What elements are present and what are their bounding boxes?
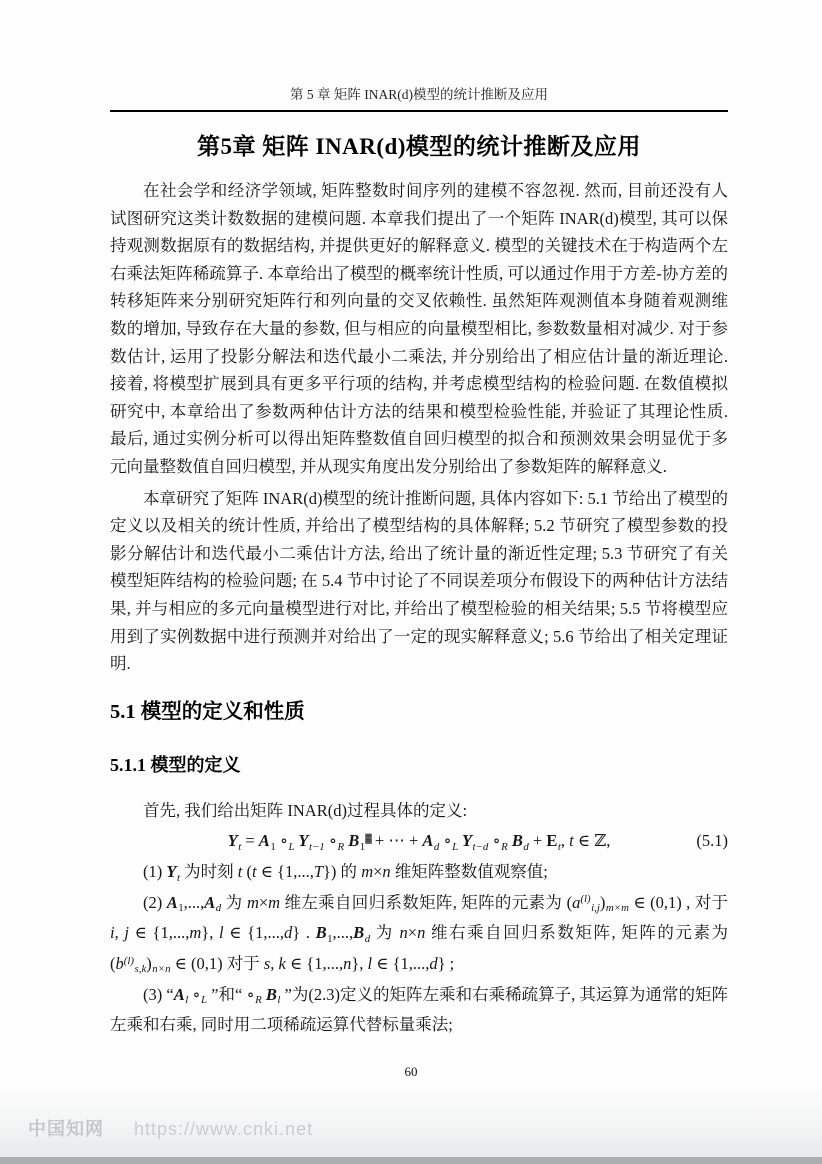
cnki-logo-text: 中国知网 [28,1119,104,1139]
equation-number: (5.1) [696,826,728,856]
subsection-heading-5-1-1: 5.1.1 模型的定义 [110,751,728,777]
equation-body: Yt = A1 ∘L Yt−1 ∘R B1▓ + ⋯ + Ad ∘L Yt−d … [228,831,611,850]
abstract-paragraph: 在社会学和经济学领域, 矩阵整数时间序列的建模不容忽视. 然而, 目前还没有人试… [110,177,728,481]
header-rule [110,110,728,112]
document-page: 第 5 章 矩阵 INAR(d)模型的统计推断及应用 第5章 矩阵 INAR(d… [0,0,822,1164]
definition-item-2: (2) A1,...,Ad 为 m×m 维左乘自回归系数矩阵, 矩阵的元素为 (… [110,889,728,981]
chapter-title: 第5章 矩阵 INAR(d)模型的统计推断及应用 [110,128,728,161]
definition-intro-line: 首先, 我们给出矩阵 INAR(d)过程具体的定义: [110,797,728,825]
running-header: 第 5 章 矩阵 INAR(d)模型的统计推断及应用 [110,86,728,104]
bottom-edge-bar [0,1157,822,1164]
text-column: 第 5 章 矩阵 INAR(d)模型的统计推断及应用 第5章 矩阵 INAR(d… [110,0,728,1039]
cnki-url-text: https://www.cnki.net [134,1119,313,1139]
chapter-outline-paragraph: 本章研究了矩阵 INAR(d)模型的统计推断问题, 具体内容如下: 5.1 节给… [110,485,728,678]
page-number: 60 [0,1064,822,1080]
equation-5-1: Yt = A1 ∘L Yt−1 ∘R B1▓ + ⋯ + Ad ∘L Yt−d … [110,826,728,858]
definition-item-1: (1) Yt 为时刻 t (t ∈ {1,...,T}) 的 m×n 维矩阵整数… [110,858,728,889]
cnki-watermark: 中国知网 https://www.cnki.net [28,1115,313,1141]
definition-item-3: (3) “Al ∘L ”和“ ∘R Bl ”为(2.3)定义的矩阵左乘和右乘稀疏… [110,981,728,1039]
section-heading-5-1: 5.1 模型的定义和性质 [110,694,728,724]
